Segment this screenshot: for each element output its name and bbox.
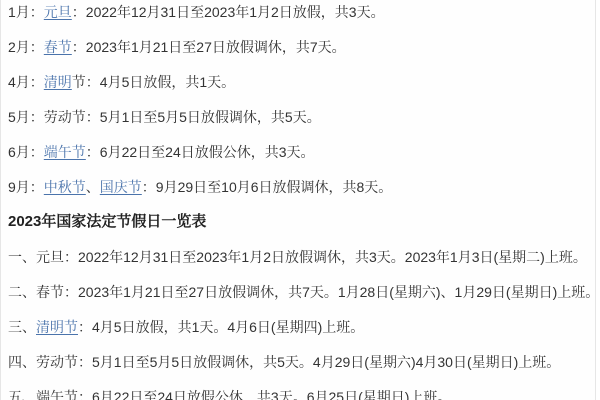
text-segment: ：2023年1月21日至27日放假调休，共7天。 <box>72 39 346 55</box>
list-item: 9月：中秋节、国庆节：9月29日至10月6日放假调休，共8天。 <box>8 177 587 197</box>
list-item: 4月：清明节：4月5日放假，共1天。 <box>8 72 587 92</box>
holiday-detail-list: 一、元旦：2022年12月31日至2023年1月2日放假调休，共3天。2023年… <box>8 247 587 400</box>
article-page: 1月：元旦：2022年12月31日至2023年1月2日放假，共3天。2月：春节：… <box>0 0 596 400</box>
text-segment: ：9月29日至10月6日放假调休，共8天。 <box>142 179 393 195</box>
text-segment: 9月： <box>8 179 44 195</box>
text-segment: 节：4月5日放假，共1天。 <box>72 74 235 90</box>
text-segment: 、 <box>86 179 100 195</box>
list-item: 1月：元旦：2022年12月31日至2023年1月2日放假，共3天。 <box>8 2 587 22</box>
text-segment: 1月： <box>8 4 44 20</box>
text-segment: 2月： <box>8 39 44 55</box>
text-segment: 三、 <box>8 319 36 335</box>
holiday-link[interactable]: 清明节 <box>36 319 78 335</box>
text-segment: 5月：劳动节：5月1日至5月5日放假调休，共5天。 <box>8 109 321 125</box>
holiday-link[interactable]: 春节 <box>44 39 72 55</box>
text-segment: ：6月22日至24日放假公休，共3天。 <box>86 144 315 160</box>
list-item: 三、清明节：4月5日放假，共1天。4月6日(星期四)上班。 <box>8 317 587 337</box>
holiday-summary-list: 1月：元旦：2022年12月31日至2023年1月2日放假，共3天。2月：春节：… <box>8 2 587 197</box>
text-segment: 二、春节：2023年1月21日至27日放假调休，共7天。1月28日(星期六)、1… <box>8 284 599 300</box>
text-segment: ：2022年12月31日至2023年1月2日放假，共3天。 <box>72 4 385 20</box>
holiday-link[interactable]: 端午节 <box>44 144 86 160</box>
list-item: 2月：春节：2023年1月21日至27日放假调休，共7天。 <box>8 37 587 57</box>
holiday-link[interactable]: 国庆节 <box>100 179 142 195</box>
text-segment: 四、劳动节：5月1日至5月5日放假调休，共5天。4月29日(星期六)4月30日(… <box>8 354 560 370</box>
text-segment: 五、端午节：6月22日至24日放假公休，共3天。6月25日(星期日)上班。 <box>8 389 451 400</box>
list-item: 二、春节：2023年1月21日至27日放假调休，共7天。1月28日(星期六)、1… <box>8 282 587 302</box>
holiday-link[interactable]: 清明 <box>44 74 72 90</box>
list-item: 四、劳动节：5月1日至5月5日放假调休，共5天。4月29日(星期六)4月30日(… <box>8 352 587 372</box>
list-item: 5月：劳动节：5月1日至5月5日放假调休，共5天。 <box>8 107 587 127</box>
list-item: 五、端午节：6月22日至24日放假公休，共3天。6月25日(星期日)上班。 <box>8 387 587 400</box>
list-item: 一、元旦：2022年12月31日至2023年1月2日放假调休，共3天。2023年… <box>8 247 587 267</box>
text-segment: 6月： <box>8 144 44 160</box>
page-title: 2023年国家法定节假日一览表 <box>8 212 587 232</box>
list-item: 6月：端午节：6月22日至24日放假公休，共3天。 <box>8 142 587 162</box>
text-segment: 4月： <box>8 74 44 90</box>
text-segment: ：4月5日放假，共1天。4月6日(星期四)上班。 <box>78 319 364 335</box>
holiday-link[interactable]: 中秋节 <box>44 179 86 195</box>
holiday-link[interactable]: 元旦 <box>44 4 72 20</box>
text-segment: 一、元旦：2022年12月31日至2023年1月2日放假调休，共3天。2023年… <box>8 249 587 265</box>
